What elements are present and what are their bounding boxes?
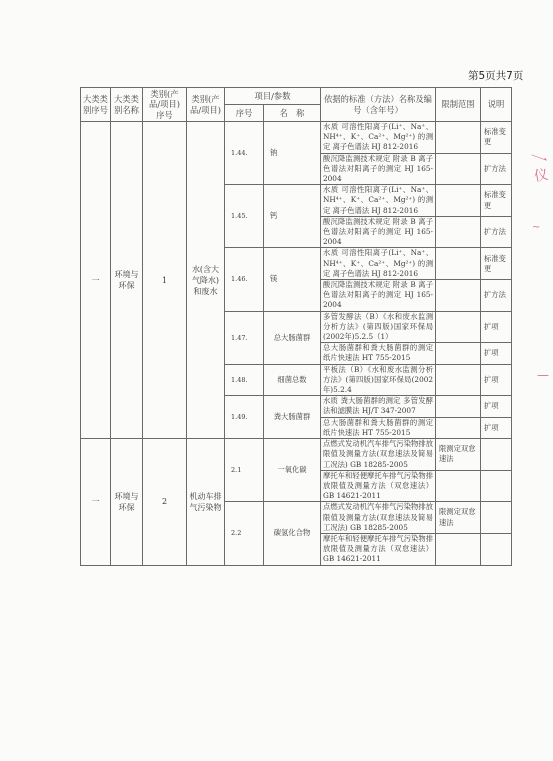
handwritten-mark: 仪 — [532, 164, 549, 186]
standard-cell: 总大肠菌群和粪大肠菌群的测定 纸片快速法 HT 755-2015 — [321, 343, 436, 364]
header-cat-name: 类别(产品/项目) — [187, 88, 225, 122]
note-cell: 扩项 — [481, 364, 512, 396]
limit-cell — [436, 396, 481, 417]
handwritten-mark: — — [537, 368, 549, 382]
limit-cell — [436, 185, 481, 217]
note-cell: 扩方法 — [481, 216, 512, 248]
item-seq: 1.45. — [225, 185, 264, 248]
header-major-seq: 大类类别序号 — [81, 88, 111, 122]
standard-cell: 摩托车和轻便摩托车排气污染物排放限值及测量方法（双怠速法） GB 14621-2… — [321, 533, 436, 565]
note-cell: 扩方法 — [481, 280, 512, 312]
scope-table: 大类类别序号 大类类别名称 类别(产品/项目)序号 类别(产品/项目) 项目/参… — [80, 87, 512, 566]
limit-cell — [436, 343, 481, 364]
standard-cell: 水质 可溶性阳离子(Li⁺、Na⁺、NH⁴⁺、K⁺、Ca²⁺、Mg²⁺) 的测定… — [321, 122, 436, 154]
cat-name: 水(含大气降水)和废水 — [187, 122, 225, 439]
item-seq: 1.44. — [225, 122, 264, 185]
limit-cell — [436, 280, 481, 312]
item-seq: 1.49. — [225, 396, 264, 439]
note-cell: 扩项 — [481, 396, 512, 417]
item-name: 钙 — [264, 185, 321, 248]
header-major-name: 大类类别名称 — [111, 88, 143, 122]
item-name: 细菌总数 — [264, 364, 321, 396]
table-row: 一环境与环保1水(含大气降水)和废水1.44.钠水质 可溶性阳离子(Li⁺、Na… — [81, 122, 512, 154]
standard-cell: 平板法（B）《水和废水监测分析方法》(第四版)国家环保局(2002年)5.2.4 — [321, 364, 436, 396]
limit-cell: 限测定双怠速法 — [436, 439, 481, 471]
header-limit: 限制范围 — [436, 88, 481, 122]
note-cell: 扩项 — [481, 311, 512, 343]
note-cell: 扩项 — [481, 343, 512, 364]
note-cell: 标准变更 — [481, 185, 512, 217]
note-cell: 扩方法 — [481, 153, 512, 185]
header-note: 说明 — [481, 88, 512, 122]
note-cell — [481, 533, 512, 565]
limit-cell — [436, 311, 481, 343]
limit-cell — [436, 533, 481, 565]
header-item-group: 项目/参数 — [225, 88, 321, 105]
major-name: 环境与环保 — [111, 439, 143, 565]
note-cell — [481, 439, 512, 471]
limit-cell — [436, 216, 481, 248]
note-cell — [481, 502, 512, 534]
item-name: 总大肠菌群 — [264, 311, 321, 364]
item-name: 一氧化碳 — [264, 439, 321, 502]
item-name: 粪大肠菌群 — [264, 396, 321, 439]
limit-cell — [436, 248, 481, 280]
standard-cell: 酸沉降监测技术规定 附录 B 离子色谱法对阳离子的测定 HJ 165-2004 — [321, 153, 436, 185]
item-name: 碳氢化合物 — [264, 502, 321, 565]
item-seq: 2.1 — [225, 439, 264, 502]
header-item-seq: 序号 — [225, 105, 264, 122]
item-seq: 1.47. — [225, 311, 264, 364]
standard-cell: 总大肠菌群和粪大肠菌群的测定 纸片快速法 HT 755-2015 — [321, 417, 436, 438]
standard-cell: 摩托车和轻便摩托车排气污染物排放限值及测量方法（双怠速法） GB 14621-2… — [321, 470, 436, 502]
header-cat-seq: 类别(产品/项目)序号 — [143, 88, 187, 122]
standard-cell: 点燃式发动机汽车排气污染物排放限值及测量方法(双怠速法及简易工况法) GB 18… — [321, 502, 436, 534]
header-item-name: 名 称 — [264, 105, 321, 122]
standard-cell: 多管发酵法（B）《水和废水监测分析方法》(第四版)国家环保局(2002年)5.2… — [321, 311, 436, 343]
standard-cell: 酸沉降监测技术规定 附录 B 离子色谱法对阳离子的测定 HJ 165-2004 — [321, 216, 436, 248]
limit-cell: 限测定双怠速法 — [436, 502, 481, 534]
limit-cell — [436, 364, 481, 396]
standard-cell: 水质 可溶性阳离子(Li⁺、Na⁺、NH⁴⁺、K⁺、Ca²⁺、Mg²⁺) 的测定… — [321, 185, 436, 217]
limit-cell — [436, 470, 481, 502]
cat-seq: 2 — [143, 439, 187, 565]
item-seq: 1.48. — [225, 364, 264, 396]
note-cell: 标准变更 — [481, 248, 512, 280]
note-cell: 标准变更 — [481, 122, 512, 154]
major-name: 环境与环保 — [111, 122, 143, 439]
limit-cell — [436, 153, 481, 185]
limit-cell — [436, 122, 481, 154]
item-seq: 1.46. — [225, 248, 264, 311]
major-seq: 一 — [81, 439, 111, 565]
limit-cell — [436, 417, 481, 438]
cat-name: 机动车排气污染物 — [187, 439, 225, 565]
standard-cell: 点燃式发动机汽车排气污染物排放限值及测量方法(双怠速法及简易工况法) GB 18… — [321, 439, 436, 471]
standard-cell: 水质 可溶性阳离子(Li⁺、Na⁺、NH⁴⁺、K⁺、Ca²⁺、Mg²⁺) 的测定… — [321, 248, 436, 280]
note-cell — [481, 470, 512, 502]
standard-cell: 水质 粪大肠菌群的测定 多管发酵法和滤膜法 HJ/T 347-2007 — [321, 396, 436, 417]
item-seq: 2.2 — [225, 502, 264, 565]
table-row: 一环境与环保2机动车排气污染物2.1一氧化碳点燃式发动机汽车排气污染物排放限值及… — [81, 439, 512, 471]
standard-cell: 酸沉降监测技术规定 附录 B 离子色谱法对阳离子的测定 HJ 165-2004 — [321, 280, 436, 312]
cat-seq: 1 — [143, 122, 187, 439]
major-seq: 一 — [81, 122, 111, 439]
page-indicator: 第5页共7页 — [468, 68, 523, 83]
note-cell: 扩项 — [481, 417, 512, 438]
handwritten-mark: ~ — [532, 222, 540, 233]
item-name: 镁 — [264, 248, 321, 311]
item-name: 钠 — [264, 122, 321, 185]
header-standard: 依据的标准（方法）名称及编号（含年号） — [321, 88, 436, 122]
